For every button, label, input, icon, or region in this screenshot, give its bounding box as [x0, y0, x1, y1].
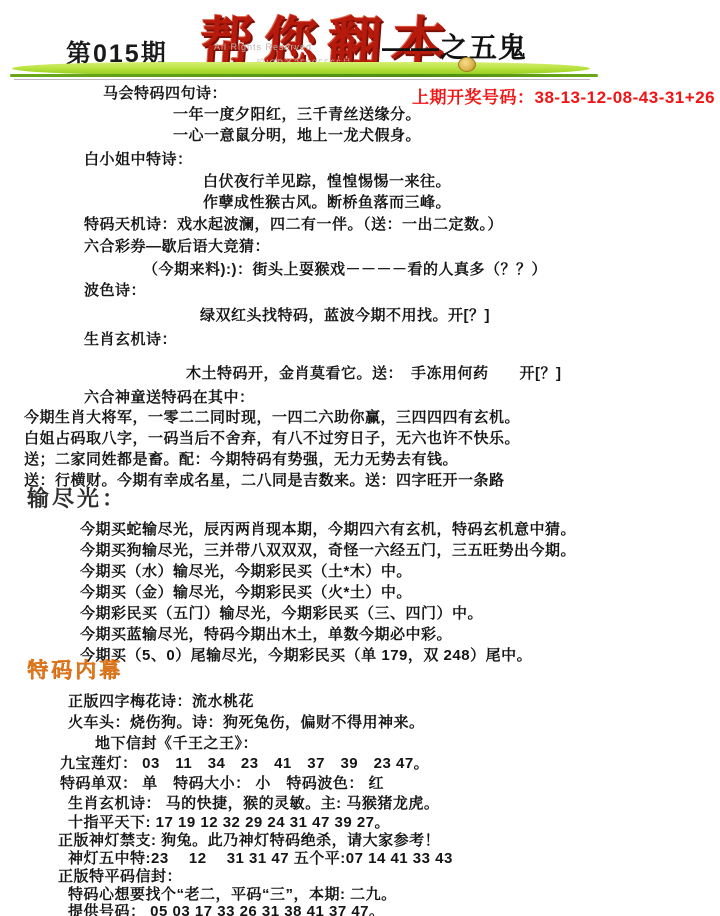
text-line: 波色诗： — [84, 281, 146, 300]
text-line: 生肖玄机诗： — [84, 330, 177, 349]
previous-draw-result: 上期开奖号码：38-13-12-08-43-31+26 — [412, 83, 715, 108]
text-line: 六合彩券—歇后语大竞猜： — [84, 237, 270, 256]
text-line: 九宝莲灯： 03 11 34 23 41 37 39 23 47。 — [60, 754, 429, 773]
text-line: 白姐占码取八字，一码当后不舍弃，有八不过穷日子，无六也许不快乐。 — [24, 429, 520, 448]
watermark-text: All Rights Reserved — [214, 42, 312, 52]
text-line: 六合神童送特码在其中： — [84, 388, 255, 407]
tip-sheet-page: 第015期 帮您翻本 ——之五鬼 All Rights Reserved 琼IC… — [0, 0, 720, 916]
text-line: 生肖玄机诗： 马的快捷，猴的灵敏。主: 马猴猪龙虎。 — [68, 794, 439, 813]
text-line: 神灯五中特:23 12 31 31 47 五个平:07 14 41 33 43 — [68, 849, 453, 868]
divider-gray-line — [14, 79, 590, 80]
previous-draw-label: 上期开奖号码： — [412, 88, 535, 107]
text-line: 白伏夜行羊见踪，惶惶惕惕一来往。 — [203, 172, 451, 191]
text-line: 作孽成性猴古风。断桥鱼落而三峰。 — [203, 193, 451, 212]
text-line: 今期买狗输尽光，三并带八双双双，奇怪一六经五门，三五旺势出今期。 — [80, 541, 576, 560]
text-line: 火车头：烧伤狗。诗：狗死兔伤，偏财不得用神来。 — [68, 713, 425, 732]
text-line: 今期彩民买（五门）输尽光，今期彩民买（三、四门）中。 — [80, 604, 483, 623]
text-line: 今期买（金）输尽光，今期彩民买（火*土）中。 — [80, 583, 412, 602]
text-line: 今期买（5、0）尾输尽光，今期彩民买（单 179，双 248）尾中。 — [80, 646, 532, 665]
page-subtitle: ——之五鬼 — [382, 26, 527, 66]
text-line: 地下信封《千王之王》： — [95, 734, 258, 753]
text-line: 木土特码开，金肖莫看它。送： 手冻用何药 开[？] — [186, 364, 562, 383]
text-line: 白小姐中特诗： — [84, 150, 193, 169]
gold-seal-icon — [458, 57, 476, 72]
text-line: 今期买（水）输尽光，今期彩民买（土*木）中。 — [80, 562, 412, 581]
text-line: 特码单双： 单 特码大小： 小 特码波色： 红 — [60, 774, 384, 793]
previous-draw-numbers: 38-13-12-08-43-31+26 — [535, 88, 716, 107]
text-line: 今期生肖大将军，一零二二同时现，一四二六助你赢，三四四四有玄机。 — [24, 408, 520, 427]
text-line: 送；二家同姓都是畜。配：今期特码有势强，无力无势去有钱。 — [24, 450, 458, 469]
text-line: 正版四字梅花诗：流水桃花 — [68, 692, 254, 711]
text-line: 十指平天下: 17 19 12 32 29 24 31 47 39 27。 — [68, 813, 390, 832]
text-line: （今期来料):)：街头上耍猴戏－－－－看的人真多（？？） — [143, 260, 547, 279]
text-line: 绿双红头找特码，蓝波今期不用找。开[？] — [200, 306, 490, 325]
text-line: 一心一意鼠分明，地上一龙犬假身。 — [173, 126, 421, 145]
text-line: 正版特平码信封： — [58, 867, 182, 886]
text-line: 一年一度夕阳红，三千青丝送缘分。 — [173, 105, 421, 124]
text-line: 正版神灯禁支: 狗兔。此乃神灯特码绝杀，请大家参考！ — [58, 831, 440, 850]
text-line: 今期买蓝输尽光，特码今期出木土，单数今期必中彩。 — [80, 625, 452, 644]
text-line: 马会特码四句诗： — [103, 84, 227, 103]
text-line: 特码内幕 — [27, 660, 123, 679]
text-line: 特码天机诗：戏水起波澜，四二有一伴。（送：一出二定数。） — [84, 215, 503, 234]
text-line: 今期买蛇输尽光，辰丙两肖现本期，今期四六有玄机，特码玄机意中猜。 — [80, 520, 576, 539]
text-line: 输尽光： — [27, 490, 127, 509]
divider-dark-edge — [10, 74, 598, 77]
text-line: 提供号码： 05 03 17 33 26 31 38 41 37 47。 — [68, 902, 385, 916]
